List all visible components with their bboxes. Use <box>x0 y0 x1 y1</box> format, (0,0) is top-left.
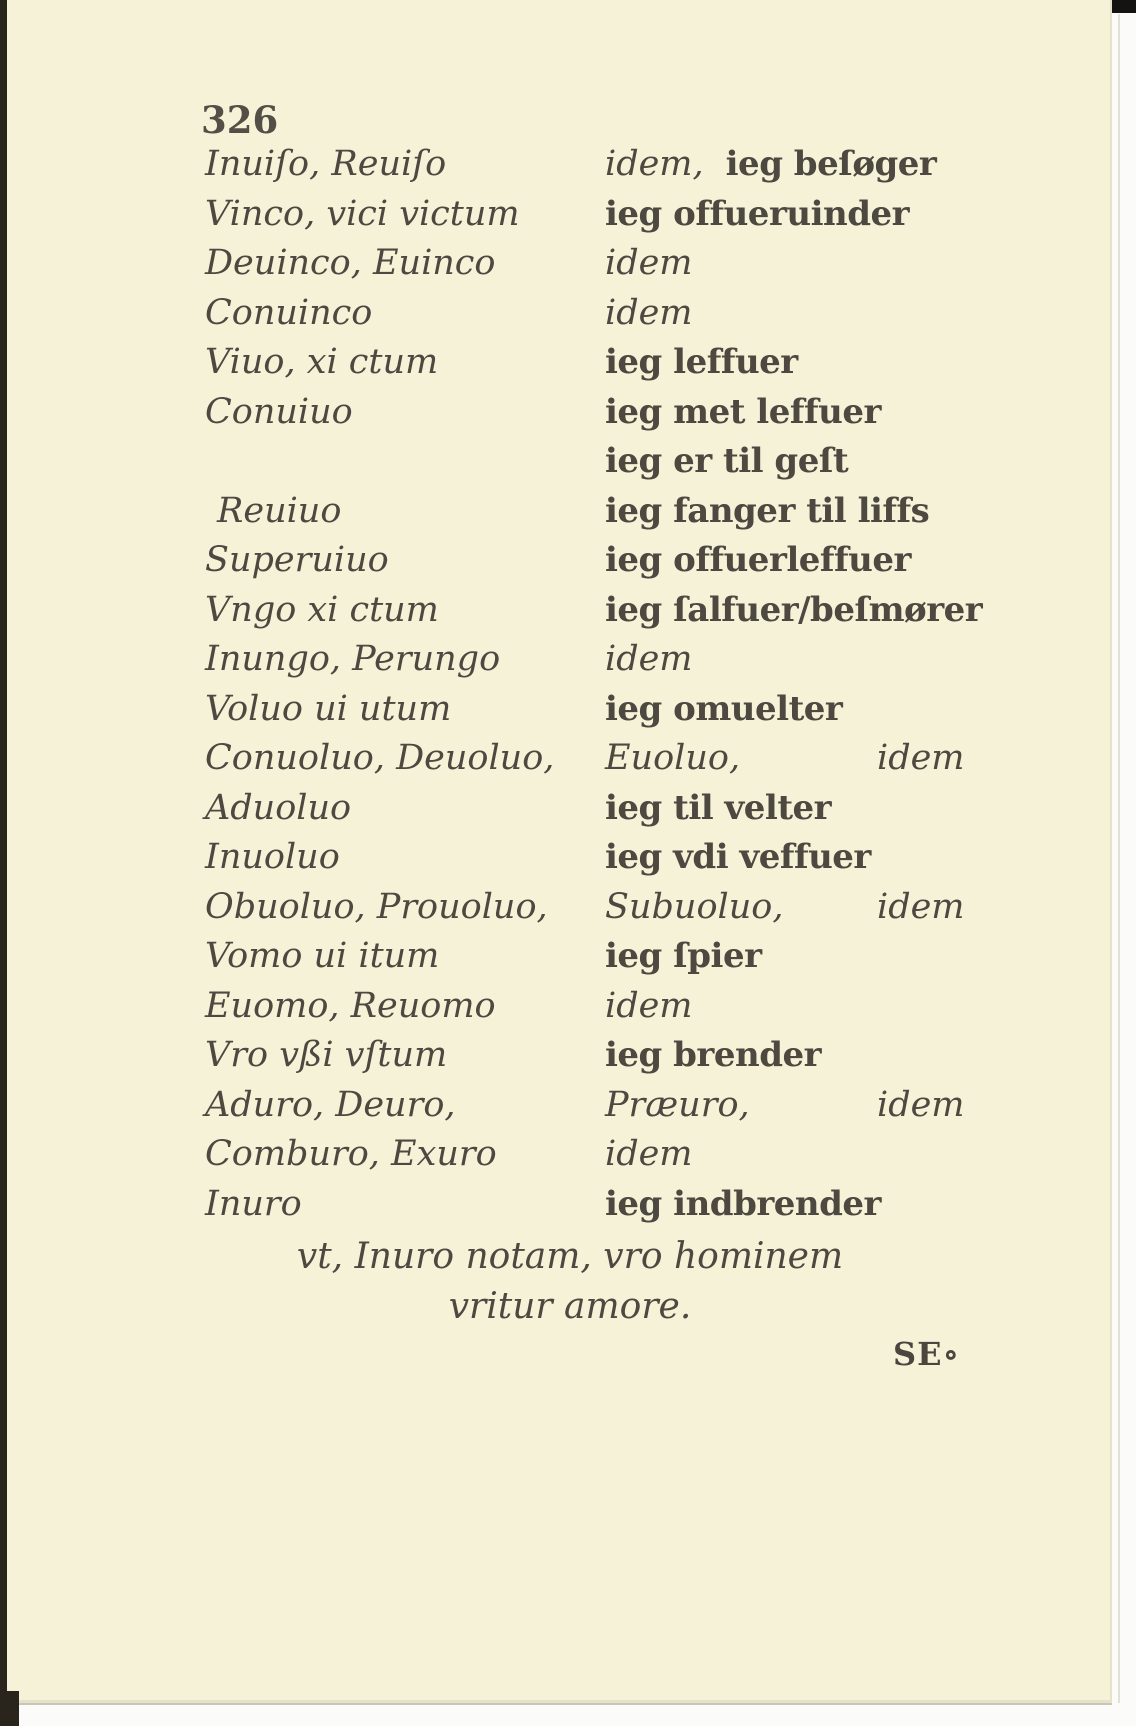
entry-row: Vngo xi ctumieg ſalfuer/beſmører <box>205 586 1136 636</box>
danish-translation: ieg fanger til liffs <box>605 491 929 531</box>
entry-row: Conuiuoieg met leffuer <box>205 388 1136 438</box>
danish-translation: ieg til velter <box>605 788 831 828</box>
latin-term: Inuoluo <box>205 833 605 883</box>
scanned-book-page: 326 Inuiſo, Reuiſoidem,ieg beſøger Vinco… <box>0 0 1136 1726</box>
danish-translation: ieg offuerleffuer <box>605 540 911 580</box>
danish-translation: ieg ſalfuer/beſmører <box>605 590 982 630</box>
latin-term: Vinco, vici victum <box>205 190 605 240</box>
page-number: 326 <box>201 98 278 142</box>
latin-term: Vngo xi ctum <box>205 586 605 636</box>
danish-translation: ieg vdi veffuer <box>605 837 871 877</box>
paper-bottom-edge <box>7 1703 1112 1705</box>
entry-row: Aduoluoieg til velter <box>205 784 1136 834</box>
latin-term: Inuro <box>205 1180 605 1230</box>
danish-translation: ieg leffuer <box>605 342 798 382</box>
idem-or-second-term: idem <box>605 639 693 679</box>
entry-row: Viuo, xi ctumieg leffuer <box>205 338 1136 388</box>
danish-translation: ieg met leffuer <box>605 392 881 432</box>
latin-term: Conuiuo <box>205 388 605 438</box>
danish-translation: ieg brender <box>605 1035 821 1075</box>
scan-gutter-strip <box>0 0 7 1726</box>
latin-term: Conuoluo, Deuoluo, <box>205 734 605 784</box>
dictionary-entries: Inuiſo, Reuiſoidem,ieg beſøger Vinco, vi… <box>205 140 1136 1229</box>
idem-or-second-term: Subuoluo, <box>605 887 783 927</box>
latin-term: Conuinco <box>205 289 605 339</box>
latin-term: Superuiuo <box>205 536 605 586</box>
entry-row: Euomo, Reuomoidem <box>205 982 1136 1032</box>
latin-term: Euomo, Reuomo <box>205 982 605 1032</box>
latin-term: Vomo ui itum <box>205 932 605 982</box>
latin-term: Inungo, Perungo <box>205 635 605 685</box>
idem-or-second-term: idem, <box>605 144 704 184</box>
danish-translation: ieg omuelter <box>605 689 842 729</box>
latin-term: Viuo, xi ctum <box>205 338 605 388</box>
idem-far-right: idem <box>877 734 965 784</box>
scan-corner-mark-top-right <box>1112 0 1136 13</box>
entry-row: Voluo ui utumieg omuelter <box>205 685 1136 735</box>
usage-example: vt, Inuro notam, vro hominem vritur amor… <box>205 1232 935 1332</box>
usage-example-line-1: vt, Inuro notam, vro hominem <box>205 1232 935 1282</box>
idem-or-second-term: Præuro, <box>605 1085 750 1125</box>
latin-term: Deuinco, Euinco <box>205 239 605 289</box>
entry-row: Inungo, Perungoidem <box>205 635 1136 685</box>
latin-term: Reuiuo <box>205 487 605 537</box>
entry-row: Conuincoidem <box>205 289 1136 339</box>
danish-translation: ieg beſøger <box>726 144 937 184</box>
idem-far-right: idem <box>877 1081 965 1131</box>
entry-row: Vomo ui itumieg ſpier <box>205 932 1136 982</box>
catchword-signature: SE∘ <box>893 1335 960 1373</box>
danish-translation: ieg offueruinder <box>605 194 909 234</box>
entry-row: Obuoluo, Prouoluo,Subuoluo,idem <box>205 883 1136 933</box>
entry-row: Conuoluo, Deuoluo,Euoluo,idem <box>205 734 1136 784</box>
entry-row: Aduro, Deuro,Præuro,idem <box>205 1081 1136 1131</box>
entry-row: Reuiuoieg fanger til liffs <box>205 487 1136 537</box>
entry-row: Vro vßi vſtumieg brender <box>205 1031 1136 1081</box>
danish-translation: ieg er til geſt <box>605 441 848 481</box>
idem-or-second-term: idem <box>605 243 693 283</box>
entry-row: Inuoluoieg vdi veffuer <box>205 833 1136 883</box>
usage-example-line-2: vritur amore. <box>205 1282 935 1332</box>
entry-row: Inuiſo, Reuiſoidem,ieg beſøger <box>205 140 1136 190</box>
idem-or-second-term: idem <box>605 986 693 1026</box>
idem-or-second-term: idem <box>605 1134 693 1174</box>
latin-term: Voluo ui utum <box>205 685 605 735</box>
idem-far-right: idem <box>877 883 965 933</box>
entry-row: Superuiuoieg offuerleffuer <box>205 536 1136 586</box>
danish-translation: ieg indbrender <box>605 1184 881 1224</box>
latin-term: Obuoluo, Prouoluo, <box>205 883 605 933</box>
latin-term: Aduoluo <box>205 784 605 834</box>
latin-term: Comburo, Exuro <box>205 1130 605 1180</box>
entry-row: Inuroieg indbrender <box>205 1180 1136 1230</box>
entry-row: Deuinco, Euincoidem <box>205 239 1136 289</box>
danish-translation: ieg ſpier <box>605 936 762 976</box>
entry-row: Comburo, Exuroidem <box>205 1130 1136 1180</box>
entry-row: Vinco, vici victumieg offueruinder <box>205 190 1136 240</box>
latin-term: Inuiſo, Reuiſo <box>205 140 605 190</box>
idem-or-second-term: idem <box>605 293 693 333</box>
entry-row: ieg er til geſt <box>205 437 1136 487</box>
latin-term: Aduro, Deuro, <box>205 1081 605 1131</box>
latin-term: Vro vßi vſtum <box>205 1031 605 1081</box>
scan-corner-mark-bottom-left <box>0 1691 19 1726</box>
idem-or-second-term: Euoluo, <box>605 738 740 778</box>
